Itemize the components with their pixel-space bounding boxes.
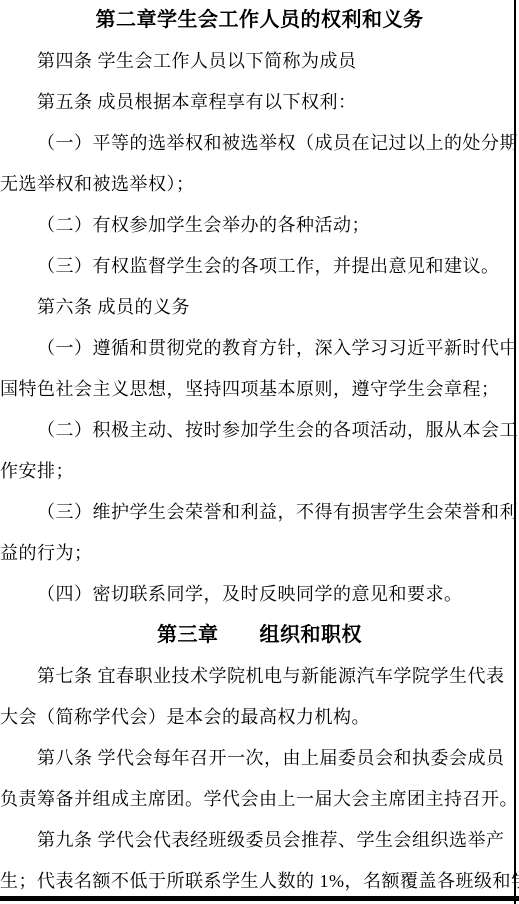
document-lines: 第二章学生会工作人员的权利和义务第四条 学生会工作人员以下简称为成员第五条 成员…	[0, 0, 519, 902]
text-line: 第七条 宜春职业技术学院机电与新能源汽车学院学生代表	[0, 656, 519, 697]
text-line: 第九条 学代会代表经班级委员会推荐、学生会组织选举产	[0, 820, 519, 861]
text-line: （三）有权监督学生会的各项工作，并提出意见和建议。	[0, 246, 519, 287]
text-line: 负责筹备并组成主席团。学代会由上一届大会主席团主持召开。	[0, 779, 519, 820]
text-line: 大会（简称学代会）是本会的最高权力机构。	[0, 697, 519, 738]
text-line: 第四条 学生会工作人员以下简称为成员	[0, 41, 519, 82]
text-line: （一）遵循和贯彻党的教育方针，深入学习习近平新时代中	[0, 328, 519, 369]
page-border-right	[514, 0, 516, 904]
text-line: 益的行为；	[0, 533, 519, 574]
text-line: （三）维护学生会荣誉和利益，不得有损害学生会荣誉和利	[0, 492, 519, 533]
text-line: 第八条 学代会每年召开一次，由上届委员会和执委会成员	[0, 738, 519, 779]
text-line: 无选举权和被选举权）；	[0, 164, 519, 205]
chapter-heading: 第二章学生会工作人员的权利和义务	[0, 0, 519, 41]
document-page: 第二章学生会工作人员的权利和义务第四条 学生会工作人员以下简称为成员第五条 成员…	[0, 0, 519, 904]
text-line: （四）密切联系同学，及时反映同学的意见和要求。	[0, 574, 519, 615]
text-line: 国特色社会主义思想，坚持四项基本原则，遵守学生会章程；	[0, 369, 519, 410]
text-line: （二）有权参加学生会举办的各种活动；	[0, 205, 519, 246]
text-line: （一）平等的选举权和被选举权（成员在记过以上的处分期间	[0, 123, 519, 164]
text-line: 第五条 成员根据本章程享有以下权利：	[0, 82, 519, 123]
page-border-bottom	[0, 896, 519, 901]
chapter-heading: 第三章 组织和职权	[0, 615, 519, 656]
text-line: 第六条 成员的义务	[0, 287, 519, 328]
text-line: （二）积极主动、按时参加学生会的各项活动，服从本会工	[0, 410, 519, 451]
text-line: 作安排；	[0, 451, 519, 492]
